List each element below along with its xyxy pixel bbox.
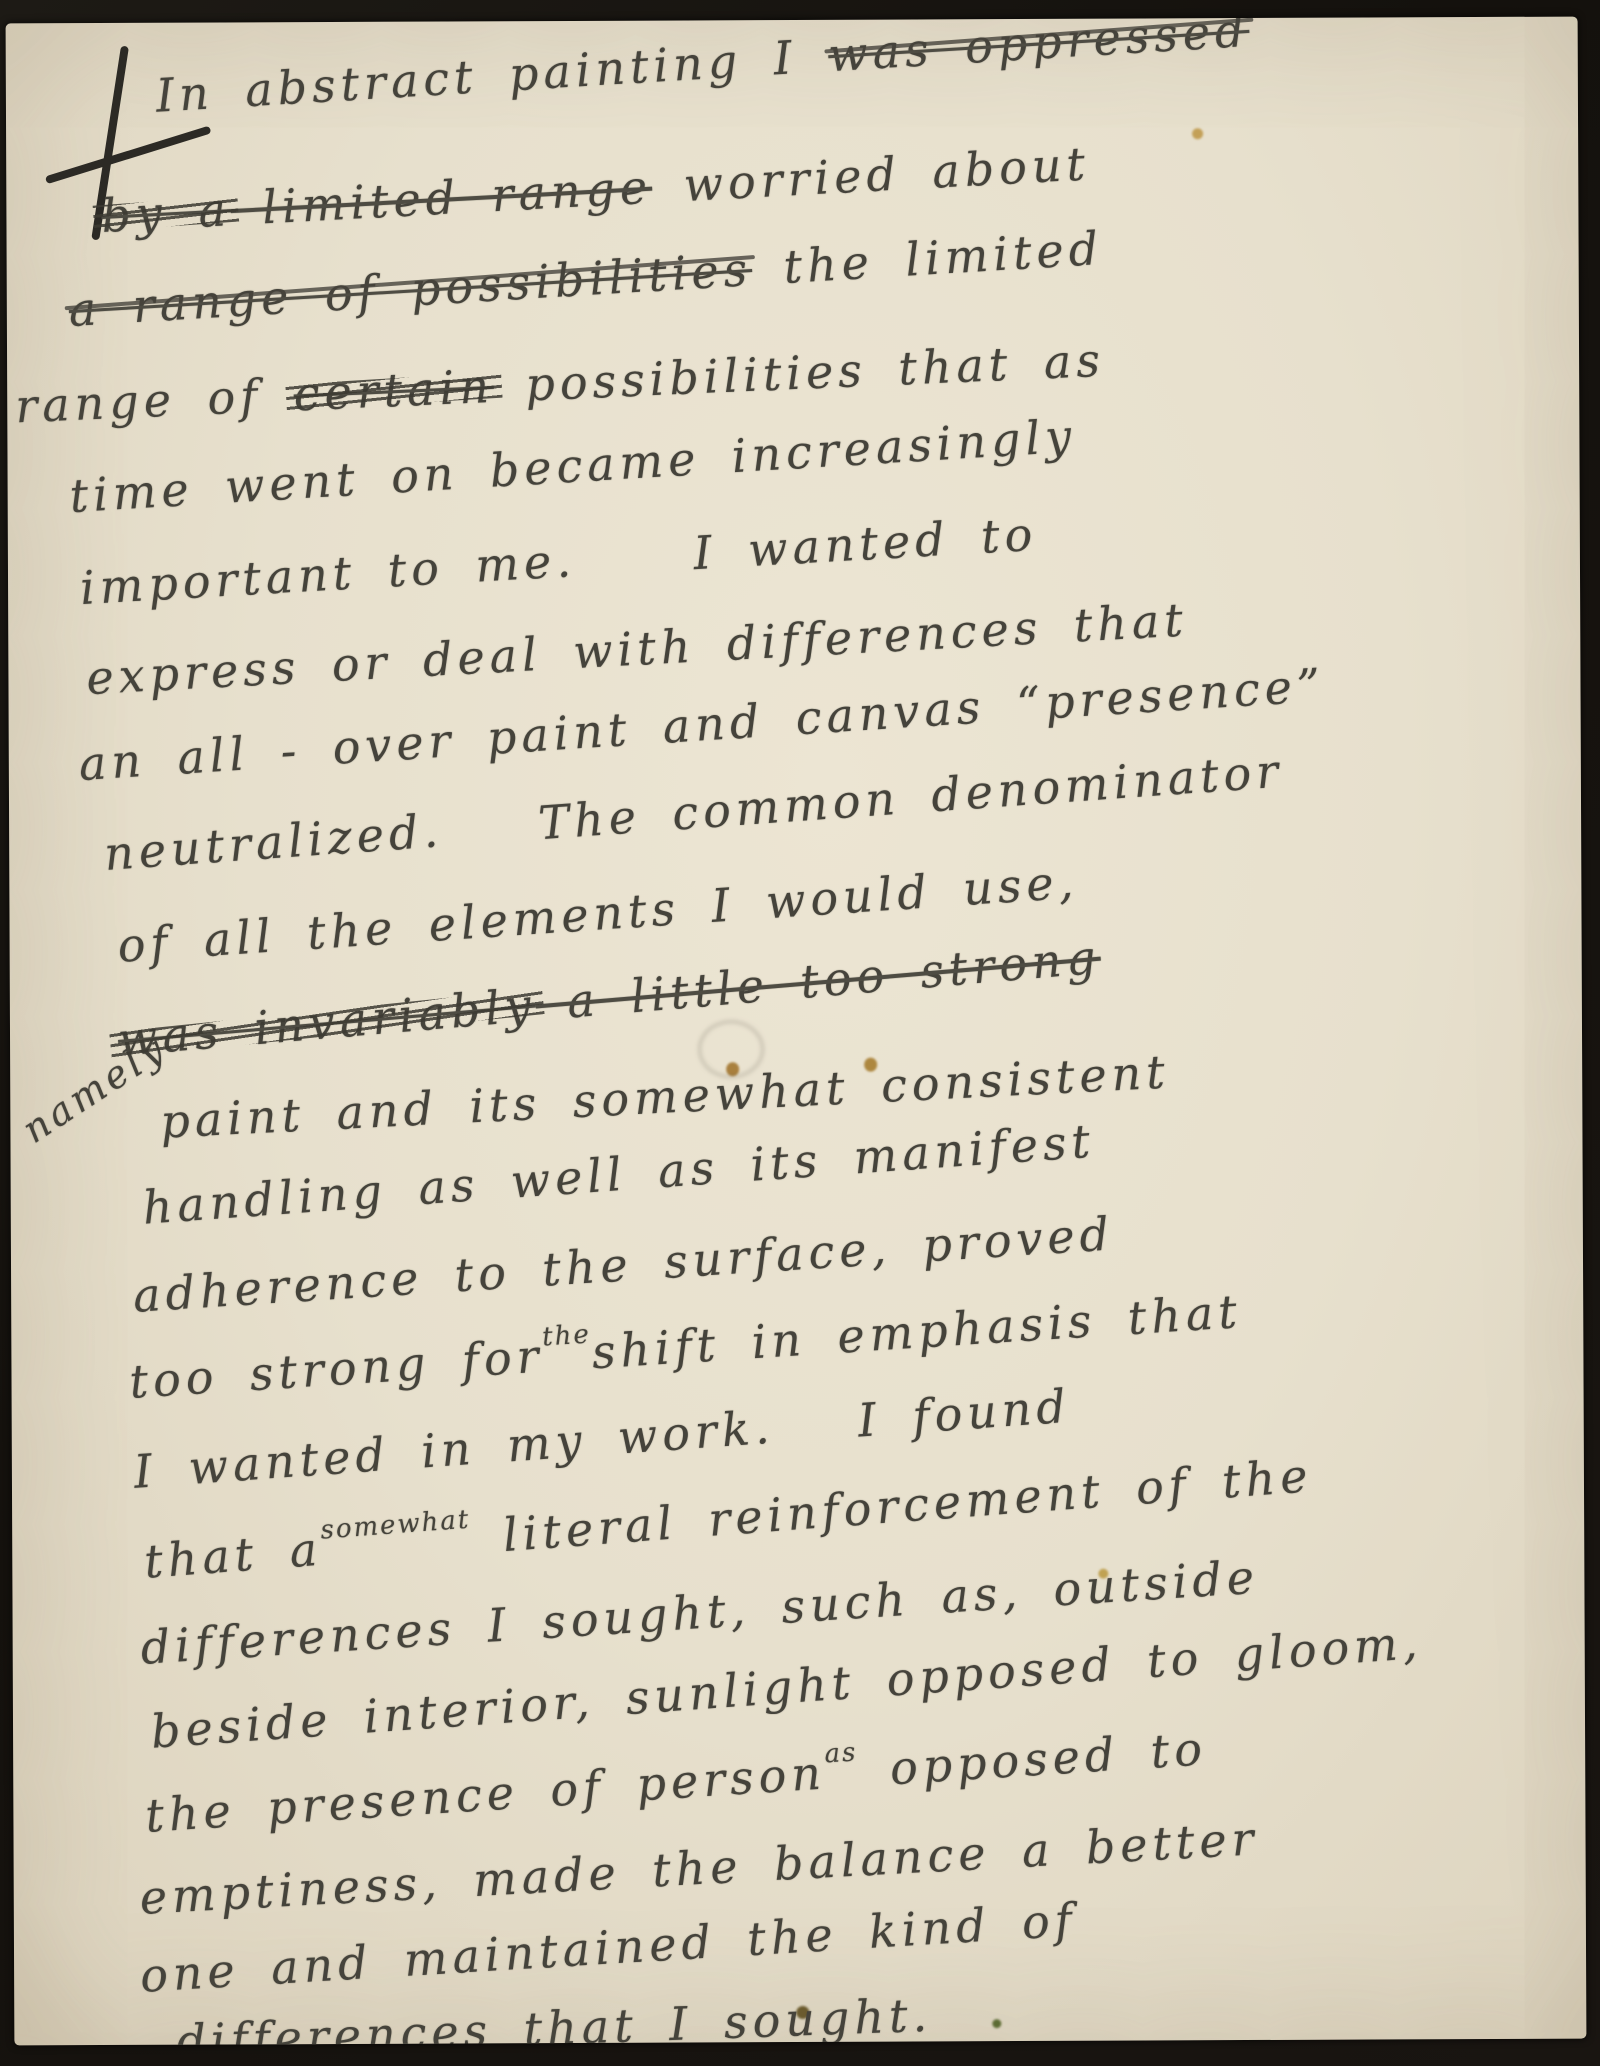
manuscript-page: namely In abstract painting I was oppres… [6,17,1587,2046]
scribbled-out-text: by a [100,182,232,243]
handwritten-line: time went on became increasingly [68,413,1077,520]
crossed-out-text: a range of possibilities [67,242,753,337]
word-gap [775,1437,859,1443]
line-text: I wanted in my work. [132,1400,776,1499]
word-gap [444,839,540,846]
inserted-word: as [824,1737,859,1769]
line-text: The common denominator [537,744,1285,851]
line-text: shift in emphasis that [590,1284,1243,1379]
line-text: In abstract painting I [154,28,830,122]
handwritten-line: important to me.I wanted to [79,511,1039,611]
foxing-spot [1192,128,1203,139]
line-text: important to me. [79,533,578,615]
line-text: opposed to [857,1721,1209,1797]
line-text: the limited [750,221,1104,296]
line-text: time went on became increasingly [68,409,1078,524]
handwritten-line: differences that I sought. [176,1992,933,2046]
handwritten-line: a range of possibilities the limited [67,225,1104,333]
crossed-out-text: was oppressed [827,17,1251,83]
cross-mark-icon [6,17,1578,24]
line-text: worried about [651,136,1092,213]
line-text: neutralized. [102,803,444,881]
photograph-background: namely In abstract painting I was oppres… [0,0,1600,2066]
foxing-spot [992,2019,1001,2028]
crossed-out-text: a little too strong [533,930,1103,1032]
crossed-out-text: limited range [229,160,653,236]
handwritten-line: In abstract painting I was oppressed [155,17,1251,119]
handwritten-line: by a limited range worried about [100,140,1091,239]
scribbled-out-text: certain [293,359,495,422]
line-text: that a [142,1522,324,1589]
scribbled-out-text: was invariably [116,978,538,1067]
inserted-word: somewhat [319,1505,471,1546]
inserted-word: the [541,1319,591,1352]
word-gap [577,569,695,576]
line-text: range of [14,368,295,434]
line-text: I found [856,1379,1073,1448]
line-text: too strong for [128,1329,545,1409]
line-text: possibilities that as [493,333,1106,413]
line-text: the presence of person [144,1746,828,1843]
cross-mark-stroke [45,126,212,185]
line-text: differences that I sought. [175,1988,932,2046]
line-text: I wanted to [692,507,1039,580]
